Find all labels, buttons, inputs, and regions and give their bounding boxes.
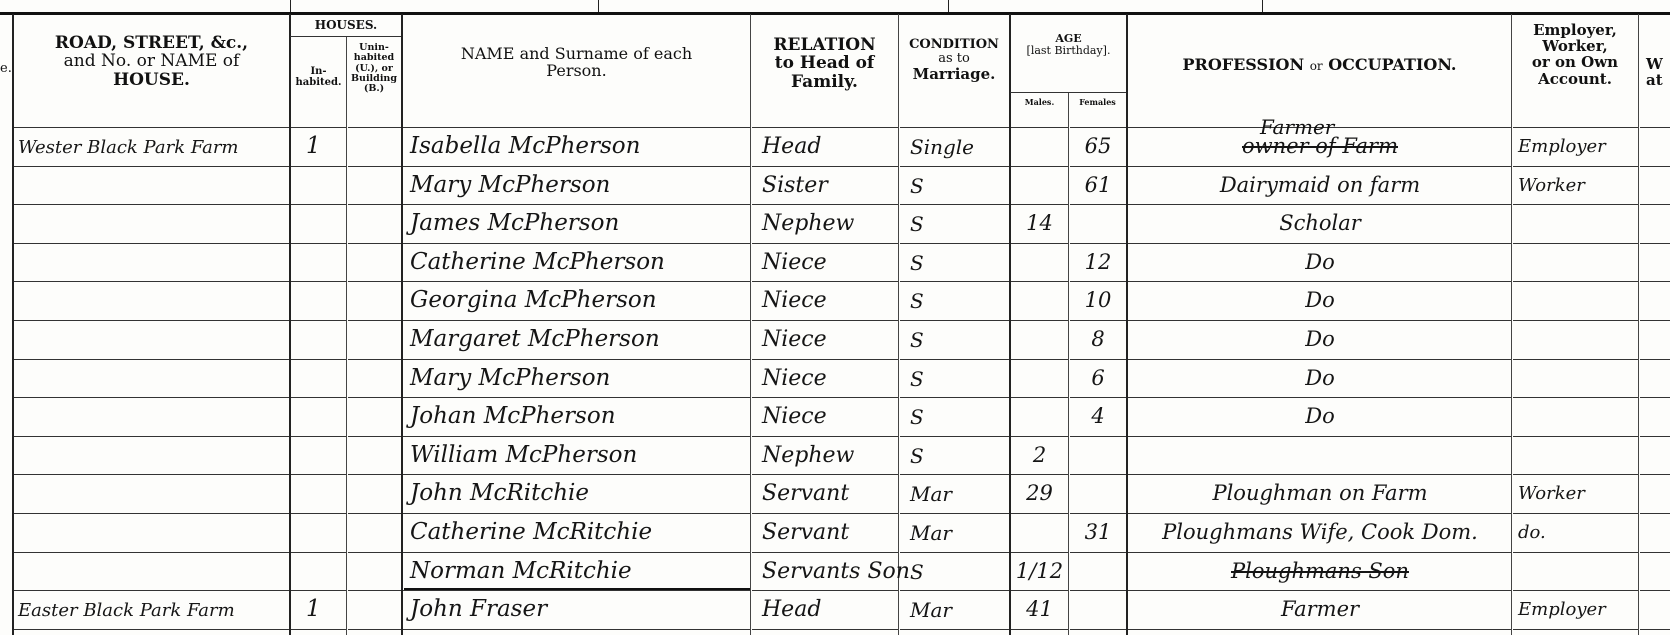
row-rule bbox=[348, 436, 401, 437]
row-rule bbox=[291, 359, 346, 360]
row-rule bbox=[900, 629, 1009, 630]
row-rule bbox=[1640, 281, 1670, 282]
inhabited-cell: 1 bbox=[306, 596, 321, 622]
margin-fragment: e. bbox=[0, 62, 10, 76]
column-divider bbox=[1126, 14, 1128, 635]
person-name: Norman McRitchie bbox=[410, 558, 632, 584]
occupation-cell: Farmer bbox=[1130, 597, 1510, 621]
male-age: 29 bbox=[1011, 481, 1068, 505]
row-rule bbox=[752, 281, 898, 282]
column-divider bbox=[898, 14, 899, 635]
female-age: 10 bbox=[1070, 288, 1126, 312]
occupation-cell: Ploughmans Son bbox=[1130, 559, 1510, 583]
row-rule bbox=[900, 397, 1009, 398]
occupation-cell: Ploughman on Farm bbox=[1130, 481, 1510, 505]
employer-cell: Employer bbox=[1518, 599, 1606, 620]
person-name: Margaret McPherson bbox=[410, 326, 660, 352]
row-rule bbox=[900, 243, 1009, 244]
row-rule bbox=[900, 513, 1009, 514]
row-rule bbox=[14, 166, 289, 167]
address-cell: Wester Black Park Farm bbox=[18, 137, 239, 158]
row-rule bbox=[1640, 243, 1670, 244]
row-rule bbox=[291, 629, 346, 630]
column-divider bbox=[289, 14, 291, 635]
person-name: James McPherson bbox=[410, 210, 619, 236]
row-rule bbox=[403, 281, 750, 282]
person-name: Mary McPherson bbox=[410, 172, 610, 198]
female-age: 4 bbox=[1070, 404, 1126, 428]
row-rule bbox=[1640, 204, 1670, 205]
row-rule bbox=[14, 281, 289, 282]
row-rule bbox=[403, 204, 750, 205]
row-rule bbox=[348, 513, 401, 514]
row-rule bbox=[1640, 397, 1670, 398]
row-rule bbox=[1513, 552, 1638, 553]
row-rule bbox=[14, 629, 289, 630]
relation-cell: Servant bbox=[762, 481, 849, 506]
row-rule bbox=[900, 127, 1009, 128]
occupation-cell: Do bbox=[1130, 404, 1510, 428]
condition-cell: S bbox=[910, 367, 924, 391]
header-females: Females bbox=[1069, 98, 1126, 107]
row-rule bbox=[1128, 552, 1511, 553]
header-uninhabited: Unin-habited(U.), orBuilding(B.) bbox=[347, 43, 401, 94]
male-age: 14 bbox=[1011, 211, 1068, 235]
column-divider bbox=[1068, 92, 1069, 635]
occupation-cell: Do bbox=[1130, 288, 1510, 312]
row-rule bbox=[348, 397, 401, 398]
employer-cell: Worker bbox=[1518, 483, 1585, 504]
employer-cell: do. bbox=[1518, 522, 1546, 543]
row-rule bbox=[291, 590, 346, 591]
relation-cell: Servant bbox=[762, 520, 849, 545]
person-name: Mary McPherson bbox=[410, 365, 610, 391]
row-rule bbox=[1128, 397, 1511, 398]
row-rule bbox=[291, 204, 346, 205]
row-rule bbox=[291, 513, 346, 514]
relation-cell: Head bbox=[762, 597, 821, 622]
row-rule bbox=[900, 204, 1009, 205]
row-rule bbox=[752, 397, 898, 398]
row-rule bbox=[403, 320, 750, 321]
row-rule bbox=[900, 474, 1009, 475]
header-age: AGE[last Birthday]. bbox=[1011, 33, 1126, 57]
row-rule bbox=[1128, 320, 1511, 321]
row-rule bbox=[1011, 436, 1068, 437]
divider bbox=[598, 0, 599, 12]
condition-cell: Mar bbox=[910, 598, 952, 622]
row-rule bbox=[1513, 243, 1638, 244]
row-rule bbox=[1640, 474, 1670, 475]
row-rule bbox=[348, 204, 401, 205]
column-divider bbox=[346, 36, 347, 635]
row-rule bbox=[348, 127, 401, 128]
person-name: Johan McPherson bbox=[410, 403, 616, 429]
relation-cell: Head bbox=[762, 134, 821, 159]
address-cell: Easter Black Park Farm bbox=[18, 600, 235, 621]
row-rule bbox=[1128, 359, 1511, 360]
top-rule bbox=[0, 12, 1670, 15]
header-males: Males. bbox=[1011, 98, 1068, 107]
row-rule bbox=[900, 281, 1009, 282]
row-rule bbox=[348, 474, 401, 475]
relation-cell: Nephew bbox=[762, 211, 854, 236]
row-rule bbox=[1011, 629, 1068, 630]
census-page: e. ROAD, STREET, &c., and No. or NAME of… bbox=[0, 0, 1670, 635]
condition-cell: S bbox=[910, 212, 924, 236]
condition-cell: S bbox=[910, 251, 924, 275]
column-divider bbox=[1638, 14, 1639, 635]
row-rule bbox=[1011, 397, 1068, 398]
person-name: William McPherson bbox=[410, 442, 637, 468]
header-houses: HOUSES. bbox=[291, 19, 401, 32]
inhabited-cell: 1 bbox=[306, 133, 321, 159]
row-rule bbox=[752, 590, 898, 591]
row-rule bbox=[1070, 397, 1126, 398]
row-rule bbox=[1640, 320, 1670, 321]
row-rule bbox=[1070, 320, 1126, 321]
row-rule bbox=[1640, 127, 1670, 128]
row-rule bbox=[1513, 436, 1638, 437]
row-rule bbox=[1640, 436, 1670, 437]
row-rule bbox=[1640, 166, 1670, 167]
row-rule bbox=[752, 474, 898, 475]
row-rule bbox=[1011, 552, 1068, 553]
age-rule bbox=[1010, 92, 1126, 93]
row-rule bbox=[14, 474, 289, 475]
relation-cell: Niece bbox=[762, 327, 827, 352]
condition-cell: S bbox=[910, 328, 924, 352]
female-age: 31 bbox=[1070, 520, 1126, 544]
row-rule bbox=[1070, 513, 1126, 514]
row-rule bbox=[1070, 629, 1126, 630]
row-rule bbox=[1070, 166, 1126, 167]
condition-cell: S bbox=[910, 289, 924, 313]
row-rule bbox=[1070, 590, 1126, 591]
occupation-cell: Dairymaid on farm bbox=[1130, 173, 1510, 197]
row-rule bbox=[291, 127, 346, 128]
row-rule bbox=[403, 166, 750, 167]
row-rule bbox=[291, 166, 346, 167]
row-rule bbox=[1011, 127, 1068, 128]
row-rule bbox=[1640, 629, 1670, 630]
row-rule bbox=[403, 436, 750, 437]
row-rule bbox=[1513, 127, 1638, 128]
row-rule bbox=[900, 552, 1009, 553]
female-age: 8 bbox=[1070, 327, 1126, 351]
condition-cell: S bbox=[910, 444, 924, 468]
row-rule bbox=[1011, 590, 1068, 591]
row-rule bbox=[1011, 204, 1068, 205]
row-rule bbox=[1128, 281, 1511, 282]
row-rule bbox=[14, 320, 289, 321]
row-rule bbox=[14, 552, 289, 553]
row-rule bbox=[1128, 166, 1511, 167]
row-rule bbox=[1513, 359, 1638, 360]
relation-cell: Sister bbox=[762, 173, 828, 198]
row-rule bbox=[291, 474, 346, 475]
row-rule bbox=[752, 204, 898, 205]
row-rule bbox=[1513, 204, 1638, 205]
row-rule bbox=[900, 166, 1009, 167]
row-rule bbox=[1128, 436, 1511, 437]
person-name: Georgina McPherson bbox=[410, 287, 657, 313]
occupation-cell: Do bbox=[1130, 250, 1510, 274]
row-rule bbox=[403, 474, 750, 475]
relation-cell: Niece bbox=[762, 404, 827, 429]
row-rule bbox=[1513, 590, 1638, 591]
row-rule bbox=[1070, 436, 1126, 437]
person-name: Isabella McPherson bbox=[410, 133, 640, 159]
row-rule bbox=[14, 127, 289, 128]
occupation-overwrite: Farmer bbox=[1260, 115, 1334, 139]
row-rule bbox=[752, 436, 898, 437]
female-age: 65 bbox=[1070, 134, 1126, 158]
row-rule bbox=[291, 397, 346, 398]
header-relation: RELATIONto Head ofFamily. bbox=[751, 36, 898, 91]
column-divider bbox=[1009, 14, 1011, 635]
row-rule bbox=[291, 281, 346, 282]
condition-cell: S bbox=[910, 405, 924, 429]
row-rule bbox=[291, 320, 346, 321]
male-age: 41 bbox=[1011, 597, 1068, 621]
row-rule bbox=[348, 552, 401, 553]
row-rule bbox=[403, 243, 750, 244]
row-rule bbox=[1011, 474, 1068, 475]
row-rule bbox=[1011, 320, 1068, 321]
houses-rule bbox=[290, 36, 401, 37]
condition-cell: Single bbox=[910, 135, 974, 159]
row-rule bbox=[348, 320, 401, 321]
household-end-rule bbox=[404, 588, 750, 590]
row-rule bbox=[1128, 204, 1511, 205]
header-next-fragment: Wat bbox=[1646, 56, 1670, 88]
row-rule bbox=[1640, 513, 1670, 514]
person-name: Catherine McRitchie bbox=[410, 519, 652, 545]
row-rule bbox=[752, 166, 898, 167]
occupation-cell: Scholar bbox=[1130, 211, 1510, 235]
person-name: John McRitchie bbox=[410, 480, 589, 506]
row-rule bbox=[752, 243, 898, 244]
row-rule bbox=[1513, 397, 1638, 398]
row-rule bbox=[403, 513, 750, 514]
row-rule bbox=[348, 243, 401, 244]
row-rule bbox=[14, 359, 289, 360]
row-rule bbox=[1070, 281, 1126, 282]
relation-cell: Nephew bbox=[762, 443, 854, 468]
row-rule bbox=[1640, 359, 1670, 360]
female-age: 6 bbox=[1070, 366, 1126, 390]
row-rule bbox=[14, 204, 289, 205]
row-rule bbox=[752, 552, 898, 553]
male-age: 1/12 bbox=[1011, 559, 1068, 583]
occupation-cell: Ploughmans Wife, Cook Dom. bbox=[1130, 520, 1510, 544]
row-rule bbox=[1513, 629, 1638, 630]
row-rule bbox=[14, 513, 289, 514]
occupation-cell: Do bbox=[1130, 327, 1510, 351]
row-rule bbox=[752, 513, 898, 514]
row-rule bbox=[1070, 127, 1126, 128]
header-employer: Employer,Worker,or on OwnAccount. bbox=[1512, 22, 1638, 87]
relation-cell: Niece bbox=[762, 288, 827, 313]
column-divider bbox=[401, 14, 403, 635]
row-rule bbox=[1128, 629, 1511, 630]
condition-cell: Mar bbox=[910, 521, 952, 545]
row-rule bbox=[1640, 590, 1670, 591]
row-rule bbox=[403, 629, 750, 630]
row-rule bbox=[752, 629, 898, 630]
relation-cell: Niece bbox=[762, 366, 827, 391]
row-rule bbox=[291, 243, 346, 244]
condition-cell: Mar bbox=[910, 482, 952, 506]
header-condition: CONDITIONas toMarriage. bbox=[899, 38, 1009, 82]
row-rule bbox=[1128, 513, 1511, 514]
header-name: NAME and Surname of eachPerson. bbox=[403, 45, 750, 80]
row-rule bbox=[1070, 474, 1126, 475]
employer-cell: Worker bbox=[1518, 175, 1585, 196]
row-rule bbox=[1070, 552, 1126, 553]
row-rule bbox=[1513, 166, 1638, 167]
row-rule bbox=[403, 127, 750, 128]
row-rule bbox=[403, 590, 750, 591]
row-rule bbox=[1128, 474, 1511, 475]
row-rule bbox=[1128, 590, 1511, 591]
row-rule bbox=[752, 320, 898, 321]
row-rule bbox=[403, 397, 750, 398]
relation-cell: Niece bbox=[762, 250, 827, 275]
divider bbox=[290, 0, 291, 12]
row-rule bbox=[291, 436, 346, 437]
row-rule bbox=[1011, 281, 1068, 282]
row-rule bbox=[900, 590, 1009, 591]
row-rule bbox=[1011, 359, 1068, 360]
column-divider bbox=[750, 14, 751, 635]
condition-cell: S bbox=[910, 174, 924, 198]
row-rule bbox=[348, 590, 401, 591]
row-rule bbox=[1011, 513, 1068, 514]
row-rule bbox=[1011, 166, 1068, 167]
row-rule bbox=[14, 436, 289, 437]
row-rule bbox=[14, 590, 289, 591]
row-rule bbox=[348, 359, 401, 360]
condition-cell: S bbox=[910, 560, 924, 584]
row-rule bbox=[403, 552, 750, 553]
row-rule bbox=[900, 436, 1009, 437]
row-rule bbox=[1640, 552, 1670, 553]
row-rule bbox=[348, 629, 401, 630]
row-rule bbox=[1513, 513, 1638, 514]
row-rule bbox=[14, 243, 289, 244]
divider bbox=[948, 0, 949, 12]
header-inhabited: In-habited. bbox=[291, 67, 346, 89]
header-road: ROAD, STREET, &c., and No. or NAME of HO… bbox=[14, 34, 289, 89]
column-divider bbox=[12, 14, 14, 635]
row-rule bbox=[1011, 243, 1068, 244]
relation-cell: Servants Son bbox=[762, 559, 910, 584]
row-rule bbox=[900, 320, 1009, 321]
row-rule bbox=[291, 552, 346, 553]
row-rule bbox=[1513, 320, 1638, 321]
row-rule bbox=[1070, 243, 1126, 244]
row-rule bbox=[14, 397, 289, 398]
row-rule bbox=[1070, 359, 1126, 360]
header-profession: PROFESSION or OCCUPATION. bbox=[1128, 56, 1511, 73]
row-rule bbox=[1513, 281, 1638, 282]
row-rule bbox=[1513, 474, 1638, 475]
person-name: Catherine McPherson bbox=[410, 249, 665, 275]
person-name: John Fraser bbox=[410, 596, 547, 622]
female-age: 12 bbox=[1070, 250, 1126, 274]
row-rule bbox=[348, 166, 401, 167]
column-divider bbox=[1511, 14, 1512, 635]
row-rule bbox=[1070, 204, 1126, 205]
row-rule bbox=[1128, 243, 1511, 244]
row-rule bbox=[348, 281, 401, 282]
male-age: 2 bbox=[1011, 443, 1068, 467]
row-rule bbox=[752, 359, 898, 360]
row-rule bbox=[752, 127, 898, 128]
female-age: 61 bbox=[1070, 173, 1126, 197]
divider bbox=[1262, 0, 1263, 12]
occupation-cell: Do bbox=[1130, 366, 1510, 390]
row-rule bbox=[900, 359, 1009, 360]
row-rule bbox=[403, 359, 750, 360]
employer-cell: Employer bbox=[1518, 136, 1606, 157]
